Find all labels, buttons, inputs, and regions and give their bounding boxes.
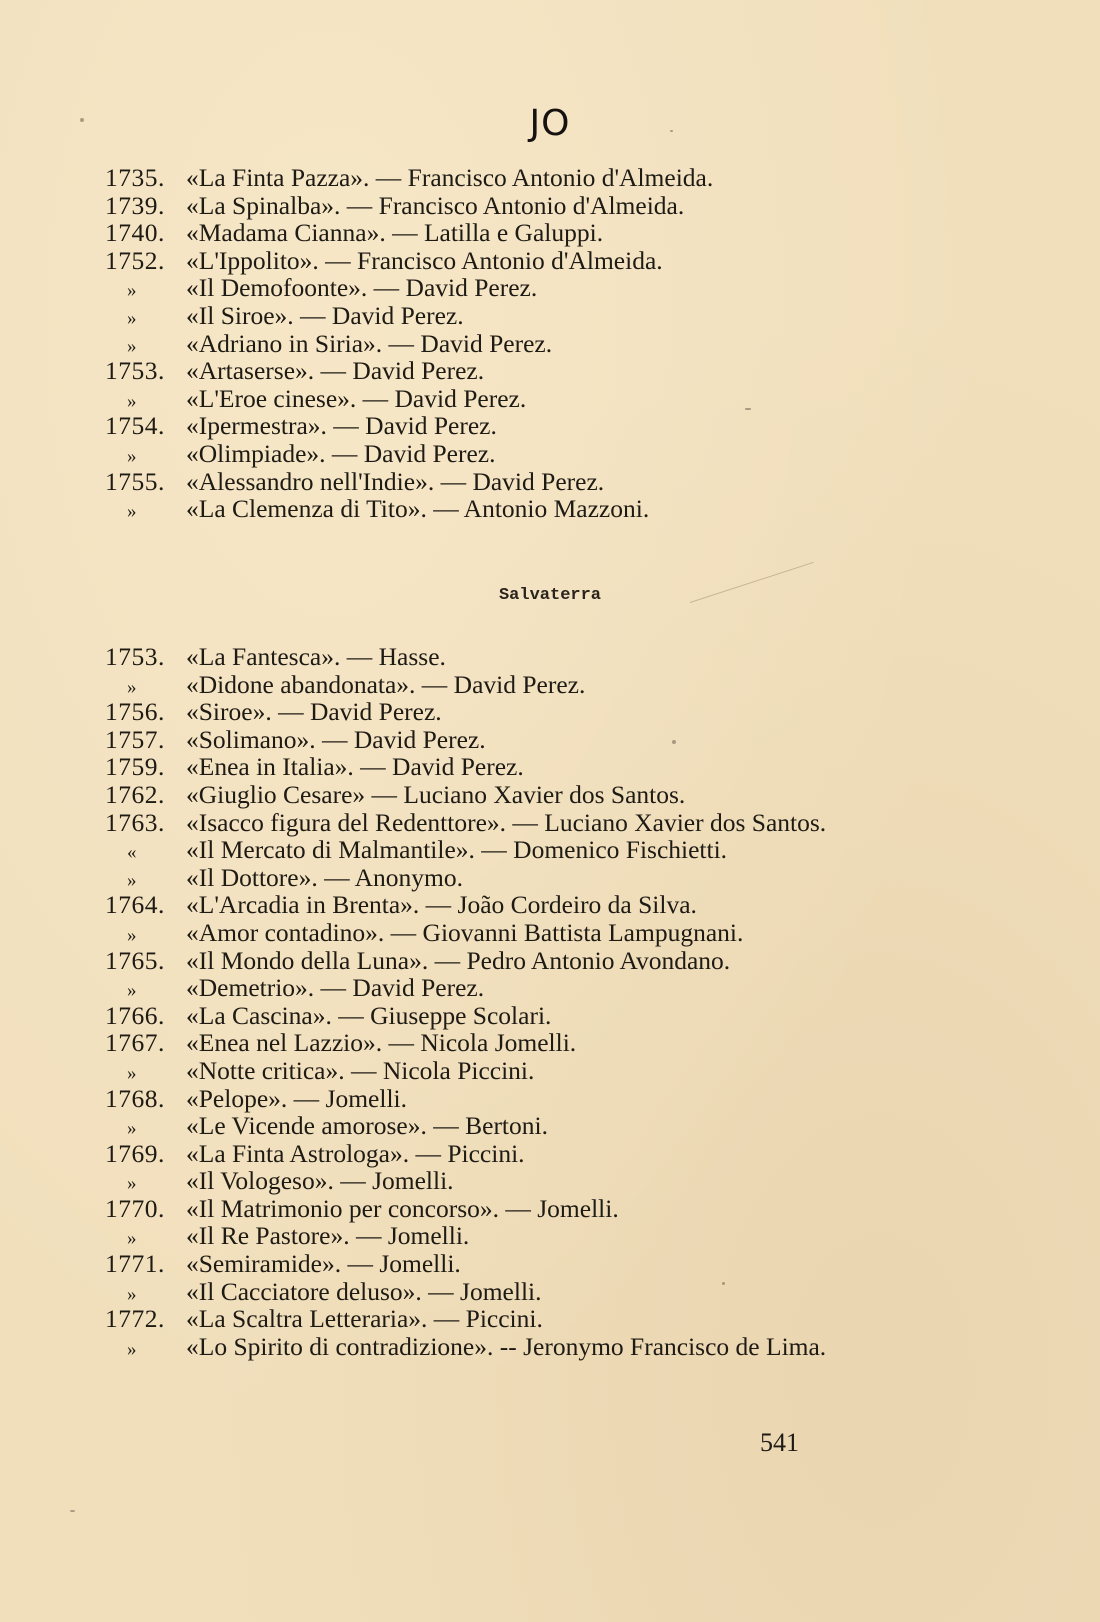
list-item: » «La Clemenza di Tito». — Antonio Mazzo… xyxy=(105,495,866,523)
entry-text: «Notte critica». — Nicola Piccini. xyxy=(186,1057,866,1085)
entry-year: 1769. xyxy=(105,1140,186,1168)
entry-year: 1764. xyxy=(105,891,186,919)
entry-year: 1771. xyxy=(105,1250,186,1278)
entry-text: «Il Demofoonte». — David Perez. xyxy=(186,274,866,302)
entry-list-first: 1735. «La Finta Pazza». — Francisco Anto… xyxy=(105,164,866,523)
list-item: 1768. «Pelope». — Jomelli. xyxy=(105,1085,866,1113)
entry-text: «La Cascina». — Giuseppe Scolari. xyxy=(186,1002,866,1030)
ditto-mark: » xyxy=(105,1336,186,1364)
paper-speck xyxy=(70,1510,75,1512)
entry-text: «Isacco figura del Redenttore». — Lucian… xyxy=(186,809,866,837)
list-item: 1766. «La Cascina». — Giuseppe Scolari. xyxy=(105,1002,866,1030)
running-head: JO xyxy=(0,104,1100,144)
entry-text: «Olimpiade». — David Perez. xyxy=(186,440,866,468)
entry-text: «Enea in Italia». — David Perez. xyxy=(186,753,866,781)
list-item: 1740. «Madama Cianna». — Latilla e Galup… xyxy=(105,219,866,247)
list-item: 1739. «La Spinalba». — Francisco Antonio… xyxy=(105,192,866,220)
entry-year: 1759. xyxy=(105,753,186,781)
list-item: 1764. «L'Arcadia in Brenta». — João Cord… xyxy=(105,891,866,919)
entry-year: 1735. xyxy=(105,164,186,192)
entry-year: 1739. xyxy=(105,192,186,220)
entry-text: «Il Cacciatore deluso». — Jomelli. xyxy=(186,1278,866,1306)
list-item: » «Demetrio». — David Perez. xyxy=(105,974,866,1002)
entry-text: «Didone abandonata». — David Perez. xyxy=(186,671,866,699)
entry-text: «Lo Spirito di contradizione». -- Jerony… xyxy=(186,1333,866,1361)
list-item: » «Notte critica». — Nicola Piccini. xyxy=(105,1057,866,1085)
list-item: » «Le Vicende amorose». — Bertoni. xyxy=(105,1112,866,1140)
list-item: » «Il Dottore». — Anonymo. xyxy=(105,864,866,892)
entry-text: «L'Eroe cinese». — David Perez. xyxy=(186,385,866,413)
list-item: 1757. «Solimano». — David Perez. xyxy=(105,726,866,754)
entry-text: «La Finta Pazza». — Francisco Antonio d'… xyxy=(186,164,866,192)
entry-text: «La Clemenza di Tito». — Antonio Mazzoni… xyxy=(186,495,866,523)
entry-year: 1765. xyxy=(105,947,186,975)
entry-text: «Il Vologeso». — Jomelli. xyxy=(186,1167,866,1195)
section-heading: Salvaterra xyxy=(0,586,1100,605)
entry-text: «Il Mondo della Luna». — Pedro Antonio A… xyxy=(186,947,866,975)
list-item: 1754. «Ipermestra». — David Perez. xyxy=(105,412,866,440)
entry-text: «Enea nel Lazzio». — Nicola Jomelli. xyxy=(186,1029,866,1057)
entry-year: 1740. xyxy=(105,219,186,247)
list-item: » «Adriano in Siria». — David Perez. xyxy=(105,330,866,358)
ditto-mark: » xyxy=(105,277,186,305)
list-item: » «Il Demofoonte». — David Perez. xyxy=(105,274,866,302)
entry-text: «La Fantesca». — Hasse. xyxy=(186,643,866,671)
entry-text: «La Scaltra Letteraria». — Piccini. xyxy=(186,1305,866,1333)
list-item: 1753. «Artaserse». — David Perez. xyxy=(105,357,866,385)
list-item: » «Il Re Pastore». — Jomelli. xyxy=(105,1222,866,1250)
entry-text: «Il Matrimonio per concorso». — Jomelli. xyxy=(186,1195,866,1223)
entry-year: 1754. xyxy=(105,412,186,440)
entry-text: «L'Arcadia in Brenta». — João Cordeiro d… xyxy=(186,891,866,919)
list-item: 1755. «Alessandro nell'Indie». — David P… xyxy=(105,468,866,496)
entry-text: «Amor contadino». — Giovanni Battista La… xyxy=(186,919,866,947)
ditto-mark: « xyxy=(105,839,186,867)
entry-text: «Il Siroe». — David Perez. xyxy=(186,302,866,330)
entry-text: «Artaserse». — David Perez. xyxy=(186,357,866,385)
entry-text: «Il Mercato di Malmantile». — Domenico F… xyxy=(186,836,866,864)
entry-text: «Il Re Pastore». — Jomelli. xyxy=(186,1222,866,1250)
entry-text: «Adriano in Siria». — David Perez. xyxy=(186,330,866,358)
list-item: » «Lo Spirito di contradizione». -- Jero… xyxy=(105,1333,866,1364)
entry-text: «Pelope». — Jomelli. xyxy=(186,1085,866,1113)
list-item: 1767. «Enea nel Lazzio». — Nicola Jomell… xyxy=(105,1029,866,1057)
entry-year: 1772. xyxy=(105,1305,186,1333)
list-item: 1769. «La Finta Astrologa». — Piccini. xyxy=(105,1140,866,1168)
list-item: » «Amor contadino». — Giovanni Battista … xyxy=(105,919,866,947)
book-page: JO 1735. «La Finta Pazza». — Francisco A… xyxy=(0,0,1100,1622)
entry-year: 1767. xyxy=(105,1029,186,1057)
entry-year: 1753. xyxy=(105,357,186,385)
entry-text: «Semiramide». — Jomelli. xyxy=(186,1250,866,1278)
entry-text: «Madama Cianna». — Latilla e Galuppi. xyxy=(186,219,866,247)
entry-text: «Solimano». — David Perez. xyxy=(186,726,866,754)
list-item: 1756. «Siroe». — David Perez. xyxy=(105,698,866,726)
list-item: 1752. «L'Ippolito». — Francisco Antonio … xyxy=(105,247,866,275)
entry-text: «Demetrio». — David Perez. xyxy=(186,974,866,1002)
list-item: » «Il Cacciatore deluso». — Jomelli. xyxy=(105,1278,866,1306)
entry-text: «La Finta Astrologa». — Piccini. xyxy=(186,1140,866,1168)
entry-text: «La Spinalba». — Francisco Antonio d'Alm… xyxy=(186,192,866,220)
list-item: 1735. «La Finta Pazza». — Francisco Anto… xyxy=(105,164,866,192)
list-item: » «L'Eroe cinese». — David Perez. xyxy=(105,385,866,413)
entry-text: «Siroe». — David Perez. xyxy=(186,698,866,726)
entry-year: 1762. xyxy=(105,781,186,809)
entry-text: «Alessandro nell'Indie». — David Perez. xyxy=(186,468,866,496)
list-item: 1765. «Il Mondo della Luna». — Pedro Ant… xyxy=(105,947,866,975)
list-item: 1759. «Enea in Italia». — David Perez. xyxy=(105,753,866,781)
ditto-mark: » xyxy=(105,498,186,526)
entry-year: 1752. xyxy=(105,247,186,275)
list-item: » «Il Vologeso». — Jomelli. xyxy=(105,1167,866,1195)
list-item: » «Olimpiade». — David Perez. xyxy=(105,440,866,468)
list-item: 1770. «Il Matrimonio per concorso». — Jo… xyxy=(105,1195,866,1223)
list-item: 1771. «Semiramide». — Jomelli. xyxy=(105,1250,866,1278)
entry-year: 1766. xyxy=(105,1002,186,1030)
list-item: » «Il Siroe». — David Perez. xyxy=(105,302,866,330)
list-item: 1772. «La Scaltra Letteraria». — Piccini… xyxy=(105,1305,866,1333)
entry-text: «Ipermestra». — David Perez. xyxy=(186,412,866,440)
list-item: 1762. «Giuglio Cesare» — Luciano Xavier … xyxy=(105,781,866,809)
entry-year: 1757. xyxy=(105,726,186,754)
entry-list-second: 1753. «La Fantesca». — Hasse. » «Didone … xyxy=(105,643,866,1363)
list-item: « «Il Mercato di Malmantile». — Domenico… xyxy=(105,836,866,864)
entry-text: «Il Dottore». — Anonymo. xyxy=(186,864,866,892)
entry-year: 1768. xyxy=(105,1085,186,1113)
entry-year: 1755. xyxy=(105,468,186,496)
page-number: 541 xyxy=(760,1428,799,1458)
entry-year: 1763. xyxy=(105,809,186,837)
entry-text: «L'Ippolito». — Francisco Antonio d'Alme… xyxy=(186,247,866,275)
entry-year: 1770. xyxy=(105,1195,186,1223)
entry-year: 1753. xyxy=(105,643,186,671)
entry-text: «Le Vicende amorose». — Bertoni. xyxy=(186,1112,866,1140)
entry-text: «Giuglio Cesare» — Luciano Xavier dos Sa… xyxy=(186,781,866,809)
entry-year: 1756. xyxy=(105,698,186,726)
list-item: 1753. «La Fantesca». — Hasse. xyxy=(105,643,866,671)
list-item: 1763. «Isacco figura del Redenttore». — … xyxy=(105,809,866,837)
list-item: » «Didone abandonata». — David Perez. xyxy=(105,671,866,699)
ditto-mark: » xyxy=(105,305,186,333)
